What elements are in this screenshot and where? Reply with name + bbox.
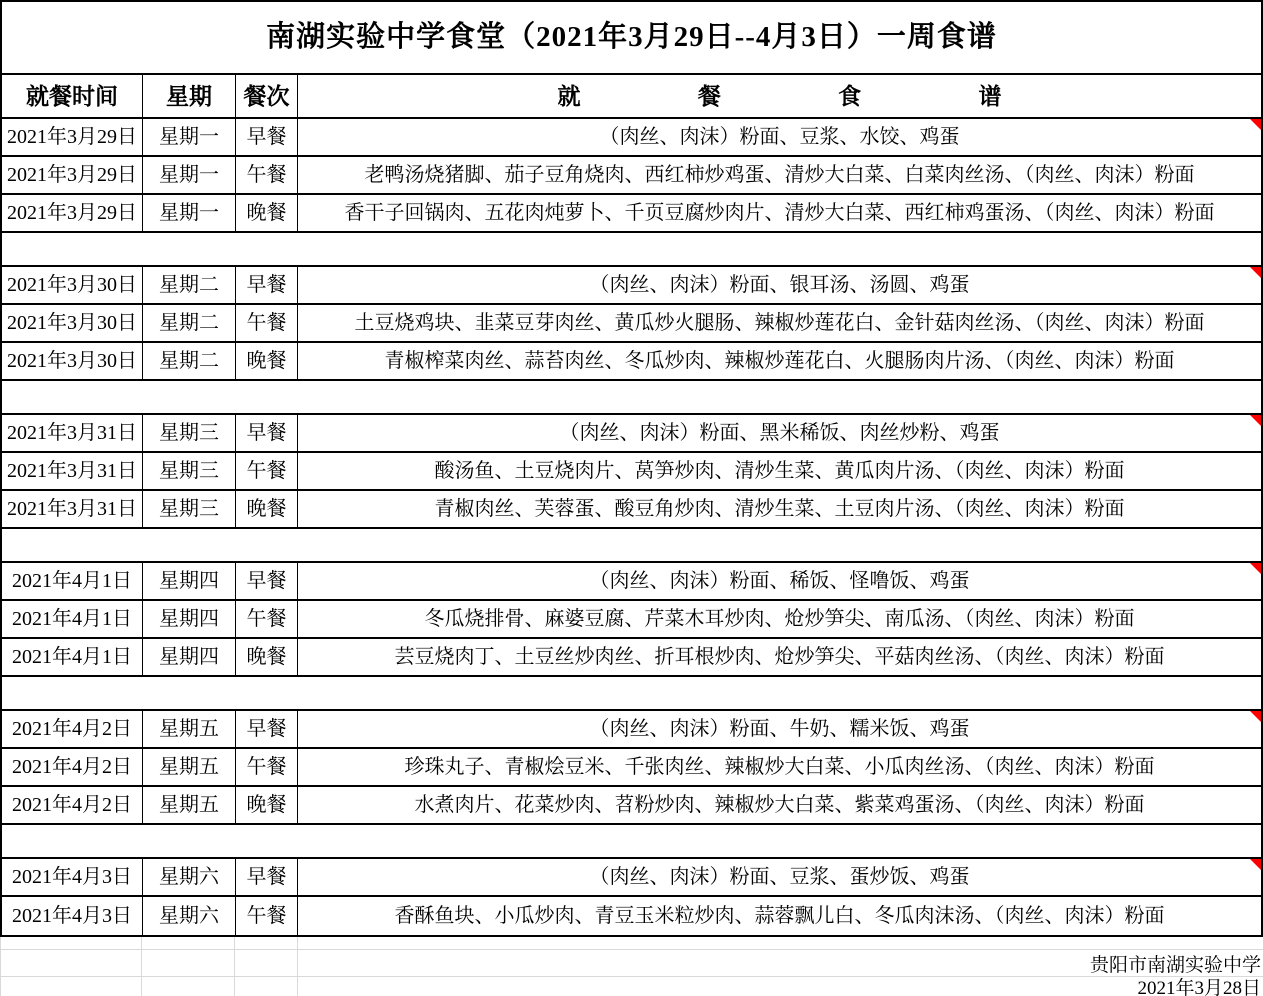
comment-marker-icon: [1250, 119, 1261, 130]
date-cell: 2021年4月3日: [2, 859, 143, 895]
page-title: 南湖实验中学食堂（2021年3月29日--4月3日）一周食谱: [2, 2, 1261, 73]
menu-cell: （肉丝、肉沫）粉面、豆浆、水饺、鸡蛋: [298, 119, 1261, 155]
menu-cell: 芸豆烧肉丁、土豆丝炒肉丝、折耳根炒肉、炝炒笋尖、平菇肉丝汤、（肉丝、肉沫）粉面: [298, 639, 1261, 675]
menu-cell: 青椒榨菜肉丝、蒜苔肉丝、冬瓜炒肉、辣椒炒莲花白、火腿肠肉片汤、（肉丝、肉沫）粉面: [298, 343, 1261, 379]
date-cell: 2021年3月31日: [2, 453, 143, 489]
meal-cell: 午餐: [236, 601, 298, 637]
gridline: [0, 937, 1, 996]
weekday-cell: 星期三: [143, 415, 236, 451]
separator-row: [2, 529, 1261, 563]
date-cell: 2021年4月3日: [2, 897, 143, 935]
date-cell: 2021年3月31日: [2, 415, 143, 451]
table-row: 2021年4月1日 星期四 午餐 冬瓜烧排骨、麻婆豆腐、芹菜木耳炒肉、炝炒笋尖、…: [2, 601, 1261, 639]
date-cell: 2021年4月2日: [2, 787, 143, 823]
menu-cell: 土豆烧鸡块、韭菜豆芽肉丝、黄瓜炒火腿肠、辣椒炒莲花白、金针菇肉丝汤、（肉丝、肉沫…: [298, 305, 1261, 341]
menu-cell: 青椒肉丝、芙蓉蛋、酸豆角炒肉、清炒生菜、土豆肉片汤、（肉丝、肉沫）粉面: [298, 491, 1261, 527]
comment-marker-icon: [1250, 859, 1261, 870]
meal-cell: 早餐: [236, 119, 298, 155]
comment-marker-icon: [1250, 563, 1261, 574]
meal-cell: 早餐: [236, 859, 298, 895]
comment-marker-icon: [1250, 415, 1261, 426]
footer-school-row: 贵阳市南湖实验中学: [0, 950, 1263, 977]
date-cell: 2021年4月2日: [2, 749, 143, 785]
footer-date-row: 2021年3月28日: [0, 977, 1263, 996]
weekday-cell: 星期二: [143, 305, 236, 341]
header-weekday: 星期: [143, 75, 236, 117]
comment-marker-icon: [1250, 267, 1261, 278]
meal-cell: 晚餐: [236, 787, 298, 823]
meal-cell: 午餐: [236, 305, 298, 341]
gridline: [297, 937, 298, 996]
menu-cell: （肉丝、肉沫）粉面、豆浆、蛋炒饭、鸡蛋: [298, 859, 1261, 895]
weekday-cell: 星期一: [143, 195, 236, 231]
table-row: 2021年3月29日 星期一 午餐 老鸭汤烧猪脚、茄子豆角烧肉、西红柿炒鸡蛋、清…: [2, 157, 1261, 195]
meal-cell: 午餐: [236, 157, 298, 193]
gridline: [234, 937, 235, 996]
menu-cell: （肉丝、肉沫）粉面、黑米稀饭、肉丝炒粉、鸡蛋: [298, 415, 1261, 451]
weekday-cell: 星期四: [143, 639, 236, 675]
weekday-cell: 星期四: [143, 563, 236, 599]
date-cell: 2021年3月30日: [2, 343, 143, 379]
meal-cell: 早餐: [236, 711, 298, 747]
meal-cell: 晚餐: [236, 491, 298, 527]
meal-cell: 午餐: [236, 453, 298, 489]
date-cell: 2021年3月30日: [2, 305, 143, 341]
weekday-cell: 星期一: [143, 119, 236, 155]
date-cell: 2021年4月2日: [2, 711, 143, 747]
gridline: [141, 937, 142, 996]
weekly-menu-sheet: 南湖实验中学食堂（2021年3月29日--4月3日）一周食谱 就餐时间 星期 餐…: [0, 0, 1263, 996]
menu-cell: 香酥鱼块、小瓜炒肉、青豆玉米粒炒肉、蒜蓉飘儿白、冬瓜肉沫汤、（肉丝、肉沫）粉面: [298, 897, 1261, 935]
weekday-cell: 星期六: [143, 859, 236, 895]
menu-cell: 酸汤鱼、土豆烧肉片、莴笋炒肉、清炒生菜、黄瓜肉片汤、（肉丝、肉沫）粉面: [298, 453, 1261, 489]
weekday-cell: 星期三: [143, 491, 236, 527]
meal-cell: 午餐: [236, 749, 298, 785]
weekday-cell: 星期二: [143, 267, 236, 303]
weekday-cell: 星期五: [143, 787, 236, 823]
table-row: 2021年4月3日 星期六 早餐 （肉丝、肉沫）粉面、豆浆、蛋炒饭、鸡蛋: [2, 859, 1261, 897]
comment-marker-icon: [1250, 711, 1261, 722]
table-row: 2021年4月1日 星期四 早餐 （肉丝、肉沫）粉面、稀饭、怪噜饭、鸡蛋: [2, 563, 1261, 601]
meal-cell: 早餐: [236, 415, 298, 451]
meal-cell: 早餐: [236, 563, 298, 599]
date-cell: 2021年4月1日: [2, 639, 143, 675]
meal-cell: 午餐: [236, 897, 298, 935]
table-row: 2021年3月31日 星期三 午餐 酸汤鱼、土豆烧肉片、莴笋炒肉、清炒生菜、黄瓜…: [2, 453, 1261, 491]
menu-cell: 冬瓜烧排骨、麻婆豆腐、芹菜木耳炒肉、炝炒笋尖、南瓜汤、（肉丝、肉沫）粉面: [298, 601, 1261, 637]
header-meal: 餐次: [236, 75, 298, 117]
menu-cell: （肉丝、肉沫）粉面、银耳汤、汤圆、鸡蛋: [298, 267, 1261, 303]
meal-cell: 早餐: [236, 267, 298, 303]
header-time: 就餐时间: [2, 75, 143, 117]
date-cell: 2021年4月1日: [2, 563, 143, 599]
empty-grid-row: [0, 937, 1263, 950]
weekday-cell: 星期三: [143, 453, 236, 489]
meal-cell: 晚餐: [236, 343, 298, 379]
menu-cell: 珍珠丸子、青椒烩豆米、千张肉丝、辣椒炒大白菜、小瓜肉丝汤、（肉丝、肉沫）粉面: [298, 749, 1261, 785]
weekday-cell: 星期二: [143, 343, 236, 379]
table-row: 2021年4月3日 星期六 午餐 香酥鱼块、小瓜炒肉、青豆玉米粒炒肉、蒜蓉飘儿白…: [2, 897, 1261, 935]
table-row: 2021年3月29日 星期一 晚餐 香干子回锅肉、五花肉炖萝卜、千页豆腐炒肉片、…: [2, 195, 1261, 233]
date-cell: 2021年3月29日: [2, 119, 143, 155]
weekday-cell: 星期五: [143, 711, 236, 747]
date-cell: 2021年4月1日: [2, 601, 143, 637]
menu-cell: （肉丝、肉沫）粉面、牛奶、糯米饭、鸡蛋: [298, 711, 1261, 747]
table-row: 2021年4月2日 星期五 晚餐 水煮肉片、花菜炒肉、苕粉炒肉、辣椒炒大白菜、紫…: [2, 787, 1261, 825]
header-menu: 就餐食谱: [298, 75, 1261, 117]
separator-row: [2, 825, 1261, 859]
weekday-cell: 星期一: [143, 157, 236, 193]
menu-cell: 水煮肉片、花菜炒肉、苕粉炒肉、辣椒炒大白菜、紫菜鸡蛋汤、（肉丝、肉沫）粉面: [298, 787, 1261, 823]
date-cell: 2021年3月30日: [2, 267, 143, 303]
header-row: 就餐时间 星期 餐次 就餐食谱: [2, 75, 1261, 119]
separator-row: [2, 381, 1261, 415]
meal-cell: 晚餐: [236, 639, 298, 675]
menu-cell: 香干子回锅肉、五花肉炖萝卜、千页豆腐炒肉片、清炒大白菜、西红柿鸡蛋汤、（肉丝、肉…: [298, 195, 1261, 231]
date-cell: 2021年3月29日: [2, 157, 143, 193]
table-row: 2021年3月30日 星期二 早餐 （肉丝、肉沫）粉面、银耳汤、汤圆、鸡蛋: [2, 267, 1261, 305]
weekday-cell: 星期四: [143, 601, 236, 637]
table-row: 2021年4月2日 星期五 午餐 珍珠丸子、青椒烩豆米、千张肉丝、辣椒炒大白菜、…: [2, 749, 1261, 787]
separator-row: [2, 677, 1261, 711]
title-row: 南湖实验中学食堂（2021年3月29日--4月3日）一周食谱: [2, 2, 1261, 75]
table-row: 2021年3月30日 星期二 午餐 土豆烧鸡块、韭菜豆芽肉丝、黄瓜炒火腿肠、辣椒…: [2, 305, 1261, 343]
weekday-cell: 星期六: [143, 897, 236, 935]
table-row: 2021年3月31日 星期三 早餐 （肉丝、肉沫）粉面、黑米稀饭、肉丝炒粉、鸡蛋: [2, 415, 1261, 453]
table-row: 2021年3月31日 星期三 晚餐 青椒肉丝、芙蓉蛋、酸豆角炒肉、清炒生菜、土豆…: [2, 491, 1261, 529]
menu-cell: （肉丝、肉沫）粉面、稀饭、怪噜饭、鸡蛋: [298, 563, 1261, 599]
table-row: 2021年3月29日 星期一 早餐 （肉丝、肉沫）粉面、豆浆、水饺、鸡蛋: [2, 119, 1261, 157]
separator-row: [2, 233, 1261, 267]
below-table-area: 贵阳市南湖实验中学 2021年3月28日: [0, 937, 1263, 996]
weekday-cell: 星期五: [143, 749, 236, 785]
meal-cell: 晚餐: [236, 195, 298, 231]
date-cell: 2021年3月31日: [2, 491, 143, 527]
table-row: 2021年3月30日 星期二 晚餐 青椒榨菜肉丝、蒜苔肉丝、冬瓜炒肉、辣椒炒莲花…: [2, 343, 1261, 381]
table-row: 2021年4月1日 星期四 晚餐 芸豆烧肉丁、土豆丝炒肉丝、折耳根炒肉、炝炒笋尖…: [2, 639, 1261, 677]
menu-table: 南湖实验中学食堂（2021年3月29日--4月3日）一周食谱 就餐时间 星期 餐…: [0, 0, 1263, 937]
table-row: 2021年4月2日 星期五 早餐 （肉丝、肉沫）粉面、牛奶、糯米饭、鸡蛋: [2, 711, 1261, 749]
menu-cell: 老鸭汤烧猪脚、茄子豆角烧肉、西红柿炒鸡蛋、清炒大白菜、白菜肉丝汤、（肉丝、肉沫）…: [298, 157, 1261, 193]
date-cell: 2021年3月29日: [2, 195, 143, 231]
footer-date: 2021年3月28日: [1137, 973, 1261, 996]
